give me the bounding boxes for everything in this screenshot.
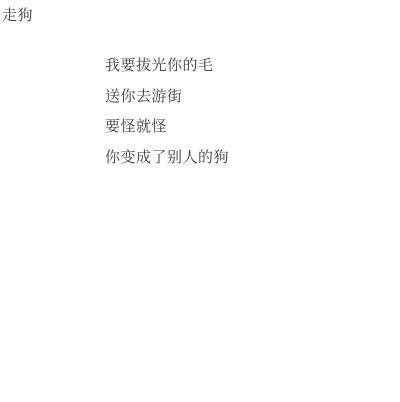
lyric-line: 你变成了别人的狗 [105, 142, 229, 173]
lyric-line: 要怪就怪 [105, 111, 229, 142]
page-title: 走狗 [2, 7, 33, 23]
lyric-line: 送你去游街 [105, 81, 229, 112]
document-page: 走狗 我要拔光你的毛 送你去游街 要怪就怪 你变成了别人的狗 [0, 0, 400, 402]
lyrics-block: 我要拔光你的毛 送你去游街 要怪就怪 你变成了别人的狗 [105, 50, 229, 173]
lyric-line: 我要拔光你的毛 [105, 50, 229, 81]
